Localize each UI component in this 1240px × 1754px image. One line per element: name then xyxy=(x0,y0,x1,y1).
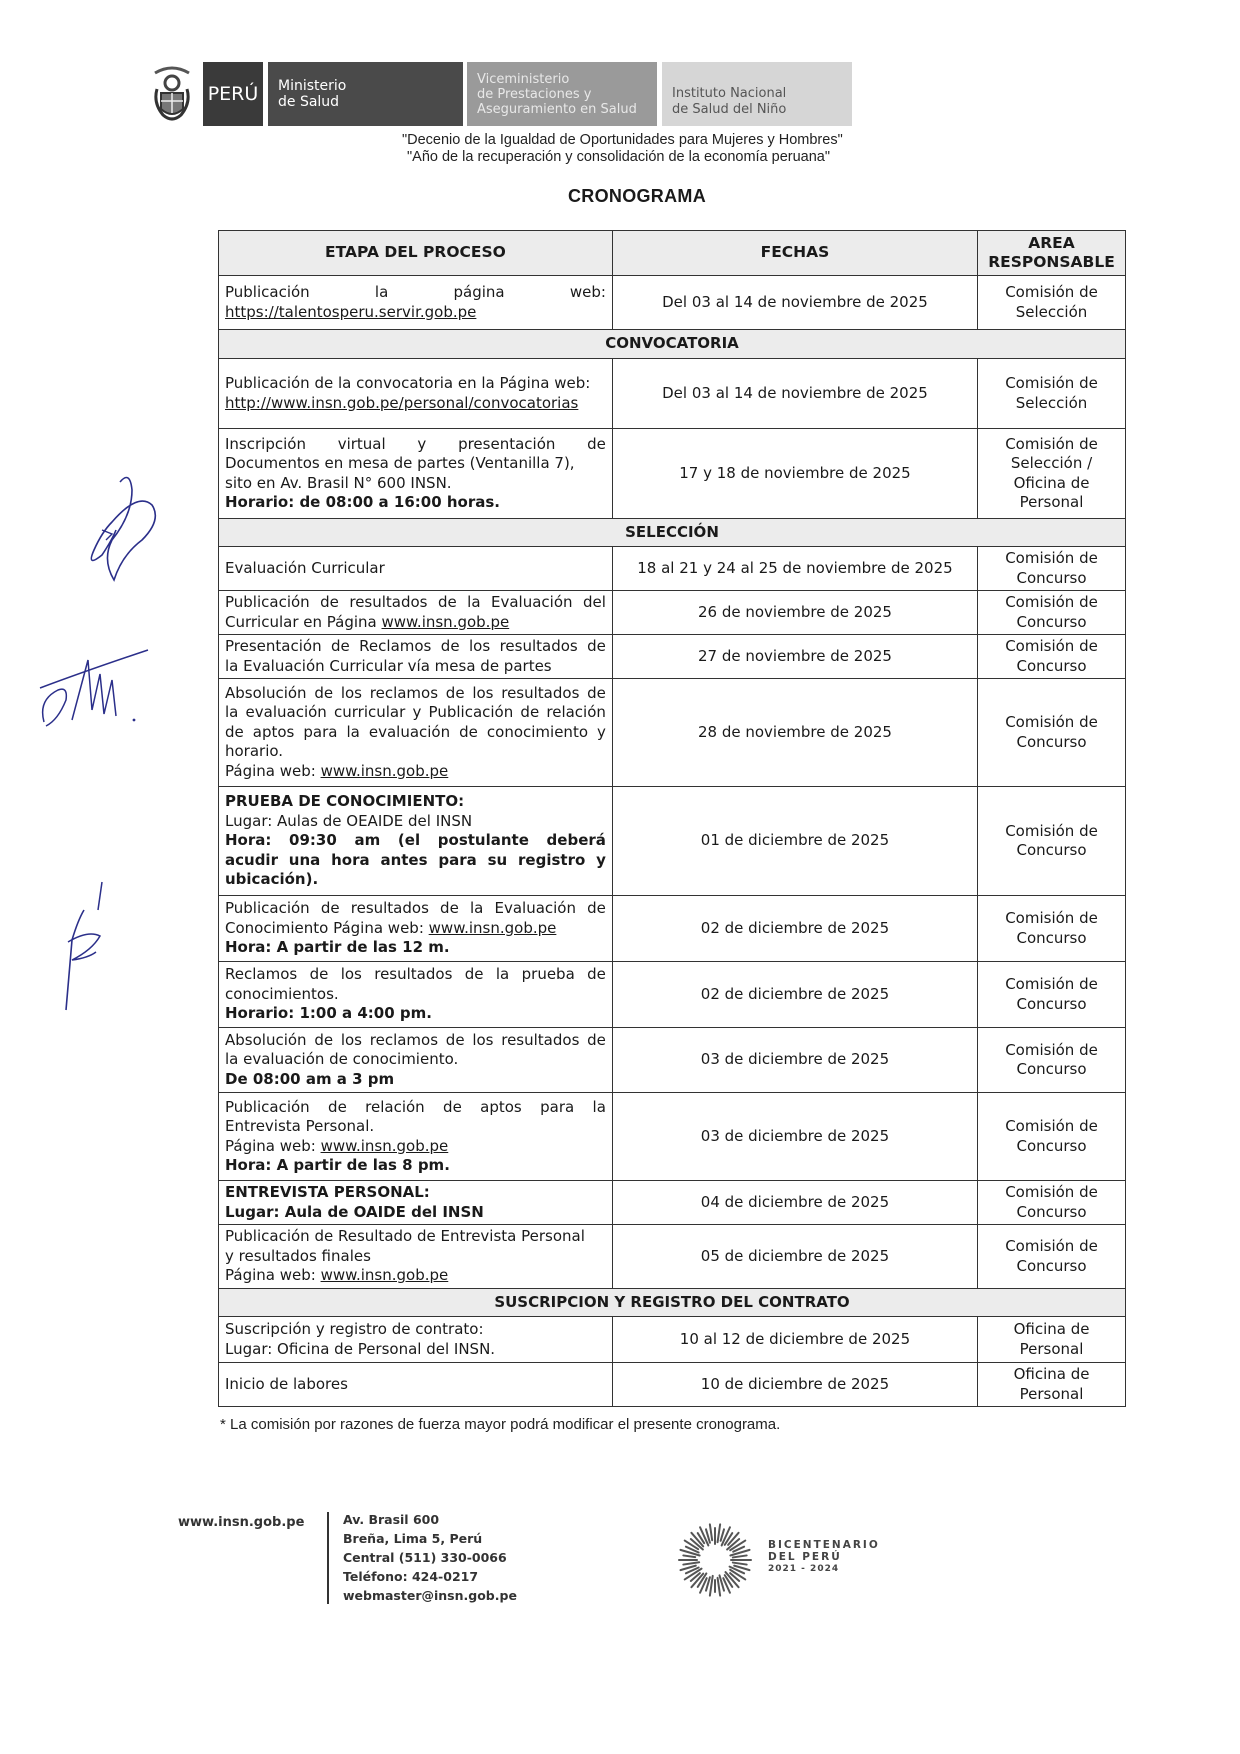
stage-line: Lugar: Oficina de Personal del INSN. xyxy=(225,1340,606,1360)
stage-cell: Publicación de relación de aptos para la… xyxy=(219,1093,613,1181)
stage-line: Página web: www.insn.gob.pe xyxy=(225,1266,606,1286)
stage-line: Publicación de Resultado de Entrevista P… xyxy=(225,1227,606,1247)
date-cell: 03 de diciembre de 2025 xyxy=(612,1028,977,1093)
stage-cell: Absolución de los reclamos de los result… xyxy=(219,679,613,787)
column-header-dates: FECHAS xyxy=(612,231,977,276)
area-cell: Comisión deConcurso xyxy=(978,1028,1126,1093)
stage-line: de aptos para la evaluación de conocimie… xyxy=(225,723,606,743)
stage-text: Entrevista Personal. xyxy=(225,1117,374,1135)
stage-text: horario. xyxy=(225,742,283,760)
stage-text: la evaluación de conocimiento. xyxy=(225,1050,458,1068)
bicentenario-sunburst-icon xyxy=(675,1520,755,1600)
stage-text: PRUEBA DE CONOCIMIENTO: xyxy=(225,792,464,810)
bicentenario-label: BICENTENARIO DEL PERÚ 2021 - 2024 xyxy=(768,1539,880,1575)
area-line: Comisión de xyxy=(980,1183,1123,1203)
web-link[interactable]: www.insn.gob.pe xyxy=(321,1266,449,1284)
date-cell: 03 de diciembre de 2025 xyxy=(612,1093,977,1181)
date-cell: 10 de diciembre de 2025 xyxy=(612,1363,977,1407)
date-cell: Del 03 al 14 de noviembre de 2025 xyxy=(612,276,977,330)
stage-line: la Evaluación Curricular vía mesa de par… xyxy=(225,657,606,677)
slogan-decade: "Decenio de la Igualdad de Oportunidades… xyxy=(402,132,843,148)
viceministry-box: Viceministerio de Prestaciones y Asegura… xyxy=(467,62,657,126)
stage-line: Curricular en Página www.insn.gob.pe xyxy=(225,613,606,633)
stage-cell: Evaluación Curricular xyxy=(219,547,613,591)
stage-line: conocimientos. xyxy=(225,985,606,1005)
footer-address-line: Av. Brasil 600 xyxy=(343,1510,517,1529)
bicentenario-years: 2021 - 2024 xyxy=(768,1563,880,1575)
stage-line: Horario: de 08:00 a 16:00 horas. xyxy=(225,493,606,513)
date-cell: 27 de noviembre de 2025 xyxy=(612,635,977,679)
table-row: Publicación de resultados de la Evaluaci… xyxy=(219,591,1126,635)
table-row: Inicio de labores10 de diciembre de 2025… xyxy=(219,1363,1126,1407)
column-header-area-line: AREA xyxy=(980,234,1123,253)
stage-cell: Publicación de resultados de la Evaluaci… xyxy=(219,591,613,635)
column-header-stage: ETAPA DEL PROCESO xyxy=(219,231,613,276)
area-line: Oficina de xyxy=(980,474,1123,494)
stage-line: Hora: 09:30 am (el postulante deberá xyxy=(225,831,606,851)
date-cell: Del 03 al 14 de noviembre de 2025 xyxy=(612,359,977,429)
column-header-area: AREA RESPONSABLE xyxy=(978,231,1126,276)
stage-line: Evaluación Curricular xyxy=(225,559,606,579)
area-cell: Comisión deConcurso xyxy=(978,1181,1126,1225)
stage-text: Página web: xyxy=(225,1137,321,1155)
area-line: Personal xyxy=(980,1340,1123,1360)
section-row: CONVOCATORIA xyxy=(219,330,1126,359)
area-line: Comisión de xyxy=(980,975,1123,995)
stage-text: ubicación). xyxy=(225,870,318,888)
stage-line: Suscripción y registro de contrato: xyxy=(225,1320,606,1340)
stage-line: Absolución de los reclamos de los result… xyxy=(225,684,606,704)
stage-line: Página web: www.insn.gob.pe xyxy=(225,762,606,782)
stage-line: Reclamos de los resultados de la prueba … xyxy=(225,965,606,985)
stage-text: Publicación de Resultado de Entrevista P… xyxy=(225,1227,585,1245)
stage-cell: Inicio de labores xyxy=(219,1363,613,1407)
stage-cell: Presentación de Reclamos de los resultad… xyxy=(219,635,613,679)
peru-label: PERÚ xyxy=(208,86,259,102)
stage-text: Hora: 09:30 am (el postulante deberá xyxy=(225,831,606,849)
stage-line: Presentación de Reclamos de los resultad… xyxy=(225,637,606,657)
stage-line: Entrevista Personal. xyxy=(225,1117,606,1137)
stage-line: Inicio de labores xyxy=(225,1375,606,1395)
stage-link[interactable]: https://talentosperu.servir.gob.pe xyxy=(225,303,476,321)
stage-cell: Inscripción virtual y presentación deDoc… xyxy=(219,429,613,519)
area-line: Oficina de xyxy=(980,1365,1123,1385)
area-line: Comisión de xyxy=(980,822,1123,842)
stage-line[interactable]: http://www.insn.gob.pe/personal/convocat… xyxy=(225,394,606,414)
stage-line: Página web: www.insn.gob.pe xyxy=(225,1137,606,1157)
stage-text: y resultados finales xyxy=(225,1247,371,1265)
stage-line: horario. xyxy=(225,742,606,762)
stage-text: Lugar: Oficina de Personal del INSN. xyxy=(225,1340,495,1358)
table-row: Inscripción virtual y presentación deDoc… xyxy=(219,429,1126,519)
stage-text: Página web: xyxy=(225,762,321,780)
area-line: Concurso xyxy=(980,733,1123,753)
area-cell: Comisión deSelección xyxy=(978,276,1126,330)
stage-text: Suscripción y registro de contrato: xyxy=(225,1320,484,1338)
area-line: Selección / xyxy=(980,454,1123,474)
area-cell: Comisión deConcurso xyxy=(978,591,1126,635)
stage-text: Presentación de Reclamos de los resultad… xyxy=(225,637,606,655)
table-row: Publicación de la convocatoria en la Pág… xyxy=(219,359,1126,429)
area-line: Selección xyxy=(980,394,1123,414)
area-cell: Comisión deConcurso xyxy=(978,547,1126,591)
ministry-box: Ministerio de Salud xyxy=(268,62,463,126)
stage-text: de aptos para la evaluación de conocimie… xyxy=(225,723,606,741)
area-cell: Oficina dePersonal xyxy=(978,1363,1126,1407)
stage-line: Publicación de la convocatoria en la Pág… xyxy=(225,374,606,394)
institute-line: de Salud del Niño xyxy=(672,102,852,118)
area-line: Comisión de xyxy=(980,374,1123,394)
footer-address-line: Breña, Lima 5, Perú xyxy=(343,1529,517,1548)
area-cell: Comisión deConcurso xyxy=(978,962,1126,1028)
area-line: Comisión de xyxy=(980,283,1123,303)
date-cell: 01 de diciembre de 2025 xyxy=(612,787,977,896)
stage-text: Inscripción virtual y presentación de xyxy=(225,435,606,453)
stage-cell: Absolución de los reclamos de los result… xyxy=(219,1028,613,1093)
area-line: Concurso xyxy=(980,569,1123,589)
stage-text: Horario: 1:00 a 4:00 pm. xyxy=(225,1004,432,1022)
area-line: Comisión de xyxy=(980,713,1123,733)
area-cell: Comisión deConcurso xyxy=(978,787,1126,896)
peru-brand-box: PERÚ xyxy=(203,62,263,126)
stage-text: Publicación la página web: xyxy=(225,283,606,301)
ministry-line: de Salud xyxy=(278,94,463,110)
stage-text: Página web: xyxy=(225,1266,321,1284)
footer-email-link[interactable]: webmaster@insn.gob.pe xyxy=(343,1586,517,1605)
stage-text: Documentos en mesa de partes (Ventanilla… xyxy=(225,454,575,472)
stage-line: Inscripción virtual y presentación de xyxy=(225,435,606,455)
stage-line: Lugar: Aula de OAIDE del INSN xyxy=(225,1203,606,1223)
section-title: SUSCRIPCION Y REGISTRO DEL CONTRATO xyxy=(219,1289,1126,1317)
date-cell: 17 y 18 de noviembre de 2025 xyxy=(612,429,977,519)
stage-cell: Reclamos de los resultados de la prueba … xyxy=(219,962,613,1028)
stage-text: Evaluación Curricular xyxy=(225,559,385,577)
stage-text: la evaluación curricular y Publicación d… xyxy=(225,703,606,721)
section-title: CONVOCATORIA xyxy=(219,330,1126,359)
area-cell: Comisión deConcurso xyxy=(978,635,1126,679)
area-line: Comisión de xyxy=(980,1237,1123,1257)
table-row: Absolución de los reclamos de los result… xyxy=(219,1028,1126,1093)
stage-text: Absolución de los reclamos de los result… xyxy=(225,1031,606,1049)
footer-phone: Teléfono: 424-0217 xyxy=(343,1567,517,1586)
stage-line: Absolución de los reclamos de los result… xyxy=(225,1031,606,1051)
area-line: Comisión de xyxy=(980,593,1123,613)
table-row: Publicación de relación de aptos para la… xyxy=(219,1093,1126,1181)
web-link[interactable]: www.insn.gob.pe xyxy=(429,919,557,937)
web-link[interactable]: www.insn.gob.pe xyxy=(382,613,510,631)
stage-text: De 08:00 am a 3 pm xyxy=(225,1070,394,1088)
stage-link[interactable]: http://www.insn.gob.pe/personal/convocat… xyxy=(225,394,578,412)
date-cell: 26 de noviembre de 2025 xyxy=(612,591,977,635)
date-cell: 18 al 21 y 24 al 25 de noviembre de 2025 xyxy=(612,547,977,591)
stage-line[interactable]: https://talentosperu.servir.gob.pe xyxy=(225,303,606,323)
stage-cell: Suscripción y registro de contrato:Lugar… xyxy=(219,1317,613,1363)
area-line: Concurso xyxy=(980,841,1123,861)
footer-address: Av. Brasil 600 Breña, Lima 5, Perú Centr… xyxy=(343,1510,517,1605)
table-row: Publicación la página web:https://talent… xyxy=(219,276,1126,330)
footer-phone-central: Central (511) 330-0066 xyxy=(343,1548,517,1567)
area-line: Comisión de xyxy=(980,549,1123,569)
signature-icon xyxy=(58,880,118,1020)
stage-line: Hora: A partir de las 8 pm. xyxy=(225,1156,606,1176)
stage-text: Lugar: Aulas de OEAIDE del INSN xyxy=(225,812,472,830)
stage-text: la Evaluación Curricular vía mesa de par… xyxy=(225,657,552,675)
stage-line: Publicación de relación de aptos para la xyxy=(225,1098,606,1118)
area-cell: Comisión deSelección xyxy=(978,359,1126,429)
stage-line: De 08:00 am a 3 pm xyxy=(225,1070,606,1090)
schedule-body: Publicación la página web:https://talent… xyxy=(219,276,1126,1407)
table-row: ENTREVISTA PERSONAL:Lugar: Aula de OAIDE… xyxy=(219,1181,1126,1225)
stage-text: Hora: A partir de las 12 m. xyxy=(225,938,450,956)
stage-text: Curricular en Página xyxy=(225,613,382,631)
area-line: Concurso xyxy=(980,1060,1123,1080)
bicentenario-line: BICENTENARIO xyxy=(768,1539,880,1551)
area-line: Comisión de xyxy=(980,637,1123,657)
section-title: SELECCIÓN xyxy=(219,519,1126,547)
stage-text: Absolución de los reclamos de los result… xyxy=(225,684,606,702)
area-cell: Comisión deConcurso xyxy=(978,1225,1126,1289)
stage-cell: PRUEBA DE CONOCIMIENTO:Lugar: Aulas de O… xyxy=(219,787,613,896)
section-row: SELECCIÓN xyxy=(219,519,1126,547)
area-cell: Comisión deConcurso xyxy=(978,896,1126,962)
footer-divider xyxy=(327,1512,329,1604)
table-row: Presentación de Reclamos de los resultad… xyxy=(219,635,1126,679)
area-line: Comisión de xyxy=(980,909,1123,929)
table-row: Suscripción y registro de contrato:Lugar… xyxy=(219,1317,1126,1363)
area-line: Comisión de xyxy=(980,1041,1123,1061)
table-row: Publicación de resultados de la Evaluaci… xyxy=(219,896,1126,962)
stage-text: Conocimiento Página web: xyxy=(225,919,429,937)
stage-text: Publicación de resultados de la Evaluaci… xyxy=(225,593,606,611)
stage-text: acudir una hora antes para su registro y xyxy=(225,851,606,869)
stage-line: ubicación). xyxy=(225,870,606,890)
viceministry-line: Aseguramiento en Salud xyxy=(477,102,657,117)
footer-website-link[interactable]: www.insn.gob.pe xyxy=(178,1515,304,1530)
stage-cell: Publicación de la convocatoria en la Pág… xyxy=(219,359,613,429)
ministry-line: Ministerio xyxy=(278,78,463,94)
stage-line: Lugar: Aulas de OEAIDE del INSN xyxy=(225,812,606,832)
date-cell: 28 de noviembre de 2025 xyxy=(612,679,977,787)
stage-text: ENTREVISTA PERSONAL: xyxy=(225,1183,430,1201)
footnote: * La comisión por razones de fuerza mayo… xyxy=(220,1416,780,1433)
stage-line: ENTREVISTA PERSONAL: xyxy=(225,1183,606,1203)
stage-text: Publicación de resultados de la Evaluaci… xyxy=(225,899,606,917)
area-line: Concurso xyxy=(980,1137,1123,1157)
stage-text: Publicación de la convocatoria en la Pág… xyxy=(225,374,590,392)
stage-text: Lugar: Aula de OAIDE del INSN xyxy=(225,1203,484,1221)
stage-text: Horario: de 08:00 a 16:00 horas. xyxy=(225,493,500,511)
stage-line: Hora: A partir de las 12 m. xyxy=(225,938,606,958)
area-cell: Comisión deConcurso xyxy=(978,679,1126,787)
table-header-row: ETAPA DEL PROCESO FECHAS AREA RESPONSABL… xyxy=(219,231,1126,276)
slogan-year: "Año de la recuperación y consolidación … xyxy=(407,149,830,165)
web-link[interactable]: www.insn.gob.pe xyxy=(321,1137,449,1155)
signature-icon xyxy=(72,470,162,590)
column-header-area-line: RESPONSABLE xyxy=(980,253,1123,272)
date-cell: 02 de diciembre de 2025 xyxy=(612,896,977,962)
stage-text: sito en Av. Brasil N° 600 INSN. xyxy=(225,474,452,492)
table-row: Absolución de los reclamos de los result… xyxy=(219,679,1126,787)
area-cell: Comisión deConcurso xyxy=(978,1093,1126,1181)
stage-line: acudir una hora antes para su registro y xyxy=(225,851,606,871)
table-row: Publicación de Resultado de Entrevista P… xyxy=(219,1225,1126,1289)
area-cell: Comisión deSelección /Oficina dePersonal xyxy=(978,429,1126,519)
area-cell: Oficina dePersonal xyxy=(978,1317,1126,1363)
stage-line: Documentos en mesa de partes (Ventanilla… xyxy=(225,454,606,474)
area-line: Comisión de xyxy=(980,1117,1123,1137)
institute-box: Instituto Nacional de Salud del Niño xyxy=(662,62,852,126)
area-line: Concurso xyxy=(980,613,1123,633)
stage-cell: Publicación la página web:https://talent… xyxy=(219,276,613,330)
signature-icon xyxy=(38,640,158,740)
stage-line: Conocimiento Página web: www.insn.gob.pe xyxy=(225,919,606,939)
area-line: Selección xyxy=(980,303,1123,323)
stage-line: la evaluación curricular y Publicación d… xyxy=(225,703,606,723)
area-line: Concurso xyxy=(980,1203,1123,1223)
date-cell: 04 de diciembre de 2025 xyxy=(612,1181,977,1225)
schedule-table: ETAPA DEL PROCESO FECHAS AREA RESPONSABL… xyxy=(218,230,1126,1407)
table-row: Reclamos de los resultados de la prueba … xyxy=(219,962,1126,1028)
stage-text: Reclamos de los resultados de la prueba … xyxy=(225,965,606,983)
area-line: Comisión de xyxy=(980,435,1123,455)
stage-cell: ENTREVISTA PERSONAL:Lugar: Aula de OAIDE… xyxy=(219,1181,613,1225)
stage-line: Horario: 1:00 a 4:00 pm. xyxy=(225,1004,606,1024)
stage-text: Inicio de labores xyxy=(225,1375,348,1393)
page-title: CRONOGRAMA xyxy=(568,186,706,207)
stage-line: Publicación de resultados de la Evaluaci… xyxy=(225,593,606,613)
peru-coat-of-arms-icon xyxy=(148,62,196,126)
stage-line: la evaluación de conocimiento. xyxy=(225,1050,606,1070)
table-row: Evaluación Curricular18 al 21 y 24 al 25… xyxy=(219,547,1126,591)
area-line: Oficina de xyxy=(980,1320,1123,1340)
area-line: Concurso xyxy=(980,929,1123,949)
viceministry-line: Viceministerio xyxy=(477,72,657,87)
viceministry-line: de Prestaciones y xyxy=(477,87,657,102)
area-line: Concurso xyxy=(980,657,1123,677)
stage-line: y resultados finales xyxy=(225,1247,606,1267)
table-row: PRUEBA DE CONOCIMIENTO:Lugar: Aulas de O… xyxy=(219,787,1126,896)
stage-line: PRUEBA DE CONOCIMIENTO: xyxy=(225,792,606,812)
bicentenario-line: DEL PERÚ xyxy=(768,1551,880,1563)
stage-cell: Publicación de resultados de la Evaluaci… xyxy=(219,896,613,962)
web-link[interactable]: www.insn.gob.pe xyxy=(321,762,449,780)
stage-text: Publicación de relación de aptos para la xyxy=(225,1098,606,1116)
stage-line: sito en Av. Brasil N° 600 INSN. xyxy=(225,474,606,494)
stage-line: Publicación la página web: xyxy=(225,283,606,303)
date-cell: 02 de diciembre de 2025 xyxy=(612,962,977,1028)
area-line: Concurso xyxy=(980,995,1123,1015)
institute-line: Instituto Nacional xyxy=(672,86,852,102)
area-line: Personal xyxy=(980,493,1123,513)
date-cell: 05 de diciembre de 2025 xyxy=(612,1225,977,1289)
section-row: SUSCRIPCION Y REGISTRO DEL CONTRATO xyxy=(219,1289,1126,1317)
area-line: Concurso xyxy=(980,1257,1123,1277)
date-cell: 10 al 12 de diciembre de 2025 xyxy=(612,1317,977,1363)
area-line: Personal xyxy=(980,1385,1123,1405)
stage-line: Publicación de resultados de la Evaluaci… xyxy=(225,899,606,919)
institutional-header: PERÚ Ministerio de Salud Viceministerio … xyxy=(148,62,852,126)
stage-cell: Publicación de Resultado de Entrevista P… xyxy=(219,1225,613,1289)
stage-text: conocimientos. xyxy=(225,985,339,1003)
stage-text: Hora: A partir de las 8 pm. xyxy=(225,1156,450,1174)
